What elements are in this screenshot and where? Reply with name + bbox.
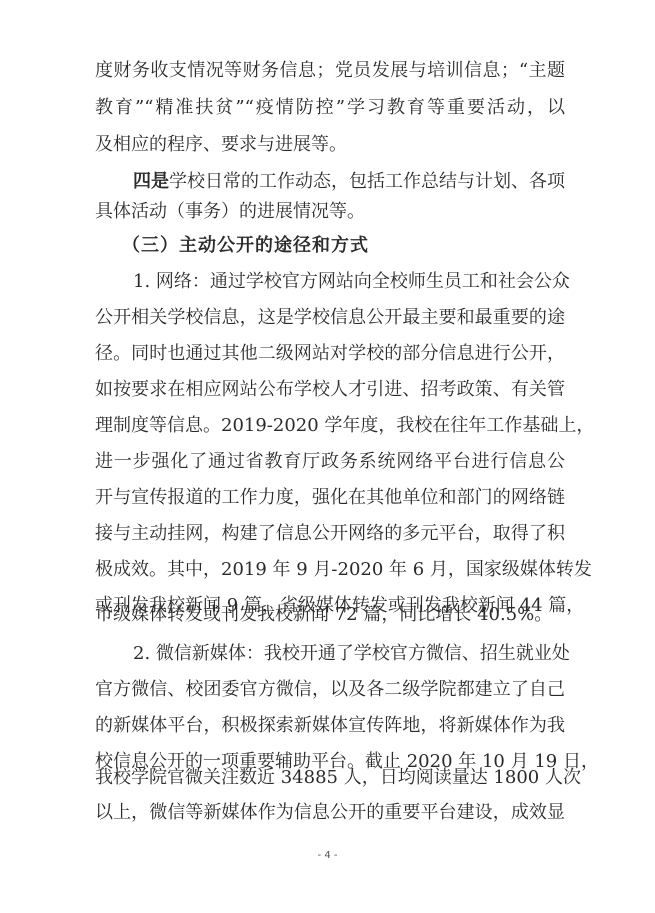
text-line: 如按要求在相应网站公布学校人才引进、招考政策、有关管: [95, 378, 565, 402]
text-line: 及相应的程序、要求与进展等。: [95, 133, 565, 157]
text-span: 学校日常的工作动态，包括工作总结与计划、各项: [169, 171, 565, 192]
text-line: 四是学校日常的工作动态，包括工作总结与计划、各项: [133, 170, 565, 194]
text-line: 1. 网络：通过学校官方网站向全校师生员工和社会公众: [133, 270, 565, 294]
paragraph-lead-bold: 四是: [133, 171, 169, 192]
text-line: 理制度等信息。2019-2020 学年度，我校在往年工作基础上，: [95, 414, 565, 438]
page-number: - 4 -: [0, 850, 655, 861]
text-line: 官方微信、校团委官方微信，以及各二级学院都建立了自己: [95, 678, 565, 702]
text-line: 2. 微信新媒体：我校开通了学校官方微信、招生就业处: [133, 642, 565, 666]
section-heading: （三）主动公开的途径和方式: [122, 234, 382, 258]
text-line: 的新媒体平台，积极探索新媒体宣传阵地，将新媒体作为我: [95, 714, 565, 738]
text-line: 度财务收支情况等财务信息；党员发展与培训信息；“主题: [95, 59, 565, 83]
text-line: 具体活动（事务）的进展情况等。: [95, 200, 565, 224]
text-line: 开与宣传报道的工作力度，强化在其他单位和部门的网络链: [95, 486, 565, 510]
text-line: 我校学院官微关注数近 34885 人，日均阅读量达 1800 人次: [95, 766, 565, 790]
text-line: 市级媒体转发或刊发我校新闻 72 篇，同比增长 40.5%。: [95, 603, 565, 627]
document-page: 度财务收支情况等财务信息；党员发展与培训信息；“主题 教育”“精准扶贫”“疫情防…: [0, 0, 655, 913]
text-line: 公开相关学校信息，这是学校信息公开最主要和最重要的途: [95, 306, 565, 330]
text-line: 以上，微信等新媒体作为信息公开的重要平台建设，成效显: [95, 801, 565, 825]
text-line: 接与主动挂网，构建了信息公开网络的多元平台，取得了积: [95, 522, 565, 546]
text-line: 极成效。其中，2019 年 9 月-2020 年 6 月，国家级媒体转发: [95, 558, 565, 582]
text-line: 进一步强化了通过省教育厅政务系统网络平台进行信息公: [95, 450, 565, 474]
text-line: 径。同时也通过其他二级网站对学校的部分信息进行公开，: [95, 342, 565, 366]
text-line: 教育”“精准扶贫”“疫情防控”学习教育等重要活动，以: [95, 96, 565, 120]
